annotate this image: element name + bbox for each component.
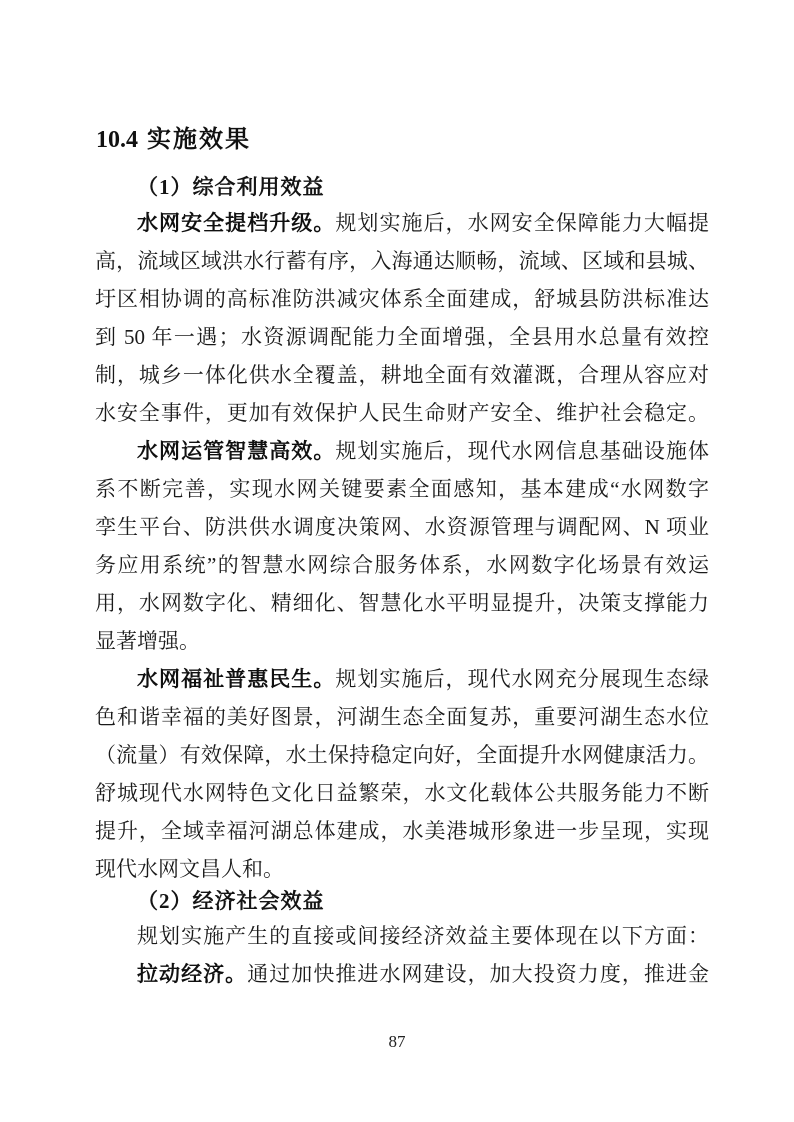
paragraph-text: 规划实施产生的直接或间接经济效益主要体现在以下方面： — [137, 924, 709, 948]
paragraph-text: 水安全事件，更加有效保护人民生命财产安全、维护社会稳定。 — [95, 401, 709, 425]
heading-title: 实施效果 — [147, 126, 251, 153]
paragraph-text: 圩区相协调的高标准防洪减灾体系全面建成，舒城县防洪标准达 — [95, 287, 709, 311]
paragraph-text: 到 50 年一遇；水资源调配能力全面增强，全县用水总量有效控 — [95, 325, 709, 349]
paragraph-water-network-safety: 水网安全提档升级。规划实施后，水网安全保障能力大幅提高，流域区域洪水行蓄有序，入… — [95, 204, 709, 432]
paragraph-welfare-livelihood: 水网福祉普惠民生。规划实施后，现代水网充分展现生态绿色和谐幸福的美好图景，河湖生… — [95, 660, 709, 888]
text-line: 孪生平台、防洪供水调度决策网、水资源管理与调配网、N 项业 — [95, 508, 709, 546]
paragraph-text: 制，城乡一体化供水全覆盖，耕地全面有效灌溉，合理从容应对 — [95, 363, 709, 387]
text-line: 显著增强。 — [95, 622, 709, 660]
paragraph-text: 舒城现代水网特色文化日益繁荣，水文化载体公共服务能力不断 — [95, 781, 709, 805]
heading-number: 10.4 — [96, 127, 138, 153]
section-heading: 10.4实施效果 — [96, 122, 710, 158]
text-line: 水网安全提档升级。规划实施后，水网安全保障能力大幅提 — [95, 204, 709, 242]
paragraph-text: 系不断完善，实现水网关键要素全面感知，基本建成“水网数字 — [95, 477, 709, 501]
text-line: （流量）有效保障，水土保持稳定向好，全面提升水网健康活力。 — [95, 736, 709, 774]
text-line: 水网运管智慧高效。规划实施后，现代水网信息基础设施体 — [95, 432, 709, 470]
text-line: 规划实施产生的直接或间接经济效益主要体现在以下方面： — [95, 917, 709, 955]
paragraph-text: 规划实施后，现代水网充分展现生态绿 — [335, 667, 709, 691]
text-line: 用，水网数字化、精细化、智慧化水平明显提升，决策支撑能力 — [95, 584, 709, 622]
text-line: 到 50 年一遇；水资源调配能力全面增强，全县用水总量有效控 — [95, 318, 709, 356]
paragraph-text: 显著增强。 — [95, 629, 200, 653]
paragraph-economic-intro: 规划实施产生的直接或间接经济效益主要体现在以下方面： — [95, 917, 709, 955]
paragraph-text: （流量）有效保障，水土保持稳定向好，全面提升水网健康活力。 — [95, 743, 709, 767]
paragraph-boost-economy: 拉动经济。通过加快推进水网建设，加大投资力度，推进金 — [95, 955, 709, 993]
page-number: 87 — [0, 1032, 794, 1052]
paragraph-text: 规划实施后，水网安全保障能力大幅提 — [335, 211, 709, 235]
paragraph-smart-operation: 水网运管智慧高效。规划实施后，现代水网信息基础设施体系不断完善，实现水网关键要素… — [95, 432, 709, 660]
paragraph-text: 孪生平台、防洪供水调度决策网、水资源管理与调配网、N 项业 — [95, 515, 709, 539]
paragraph-lead-bold: 水网安全提档升级。 — [137, 211, 335, 235]
paragraph-lead-bold: 水网运管智慧高效。 — [137, 439, 335, 463]
paragraph-text: 务应用系统”的智慧水网综合服务体系，水网数字化场景有效运 — [95, 553, 709, 577]
text-line: 高，流域区域洪水行蓄有序，入海通达顺畅，流域、区域和县城、 — [95, 242, 709, 280]
subheading-economic-social-benefits: （2）经济社会效益 — [95, 884, 709, 918]
text-line: 舒城现代水网特色文化日益繁荣，水文化载体公共服务能力不断 — [95, 774, 709, 812]
paragraph-text: 色和谐幸福的美好图景，河湖生态全面复苏，重要河湖生态水位 — [95, 705, 709, 729]
paragraph-text: 提升，全域幸福河湖总体建成，水美港城形象进一步呈现，实现 — [95, 819, 709, 843]
text-line: 拉动经济。通过加快推进水网建设，加大投资力度，推进金 — [95, 955, 709, 993]
text-line: 色和谐幸福的美好图景，河湖生态全面复苏，重要河湖生态水位 — [95, 698, 709, 736]
text-line: 制，城乡一体化供水全覆盖，耕地全面有效灌溉，合理从容应对 — [95, 356, 709, 394]
text-line: 圩区相协调的高标准防洪减灾体系全面建成，舒城县防洪标准达 — [95, 280, 709, 318]
paragraph-text: 规划实施后，现代水网信息基础设施体 — [335, 439, 709, 463]
paragraph-text: 高，流域区域洪水行蓄有序，入海通达顺畅，流域、区域和县城、 — [95, 249, 709, 273]
text-line: 水网福祉普惠民生。规划实施后，现代水网充分展现生态绿 — [95, 660, 709, 698]
paragraph-text: 现代水网文昌人和。 — [95, 857, 284, 881]
paragraph-lead-bold: 水网福祉普惠民生。 — [137, 667, 335, 691]
text-line: 现代水网文昌人和。 — [95, 850, 709, 888]
text-line: 水安全事件，更加有效保护人民生命财产安全、维护社会稳定。 — [95, 394, 709, 432]
text-line: 提升，全域幸福河湖总体建成，水美港城形象进一步呈现，实现 — [95, 812, 709, 850]
text-line: 系不断完善，实现水网关键要素全面感知，基本建成“水网数字 — [95, 470, 709, 508]
paragraph-text: 通过加快推进水网建设，加大投资力度，推进金 — [247, 962, 709, 986]
subheading-comprehensive-benefits: （1）综合利用效益 — [95, 170, 709, 204]
document-page: 10.4实施效果 （1）综合利用效益 水网安全提档升级。规划实施后，水网安全保障… — [0, 0, 794, 1122]
paragraph-text: 用，水网数字化、精细化、智慧化水平明显提升，决策支撑能力 — [95, 591, 709, 615]
paragraph-lead-bold: 拉动经济。 — [137, 962, 247, 986]
text-line: 务应用系统”的智慧水网综合服务体系，水网数字化场景有效运 — [95, 546, 709, 584]
